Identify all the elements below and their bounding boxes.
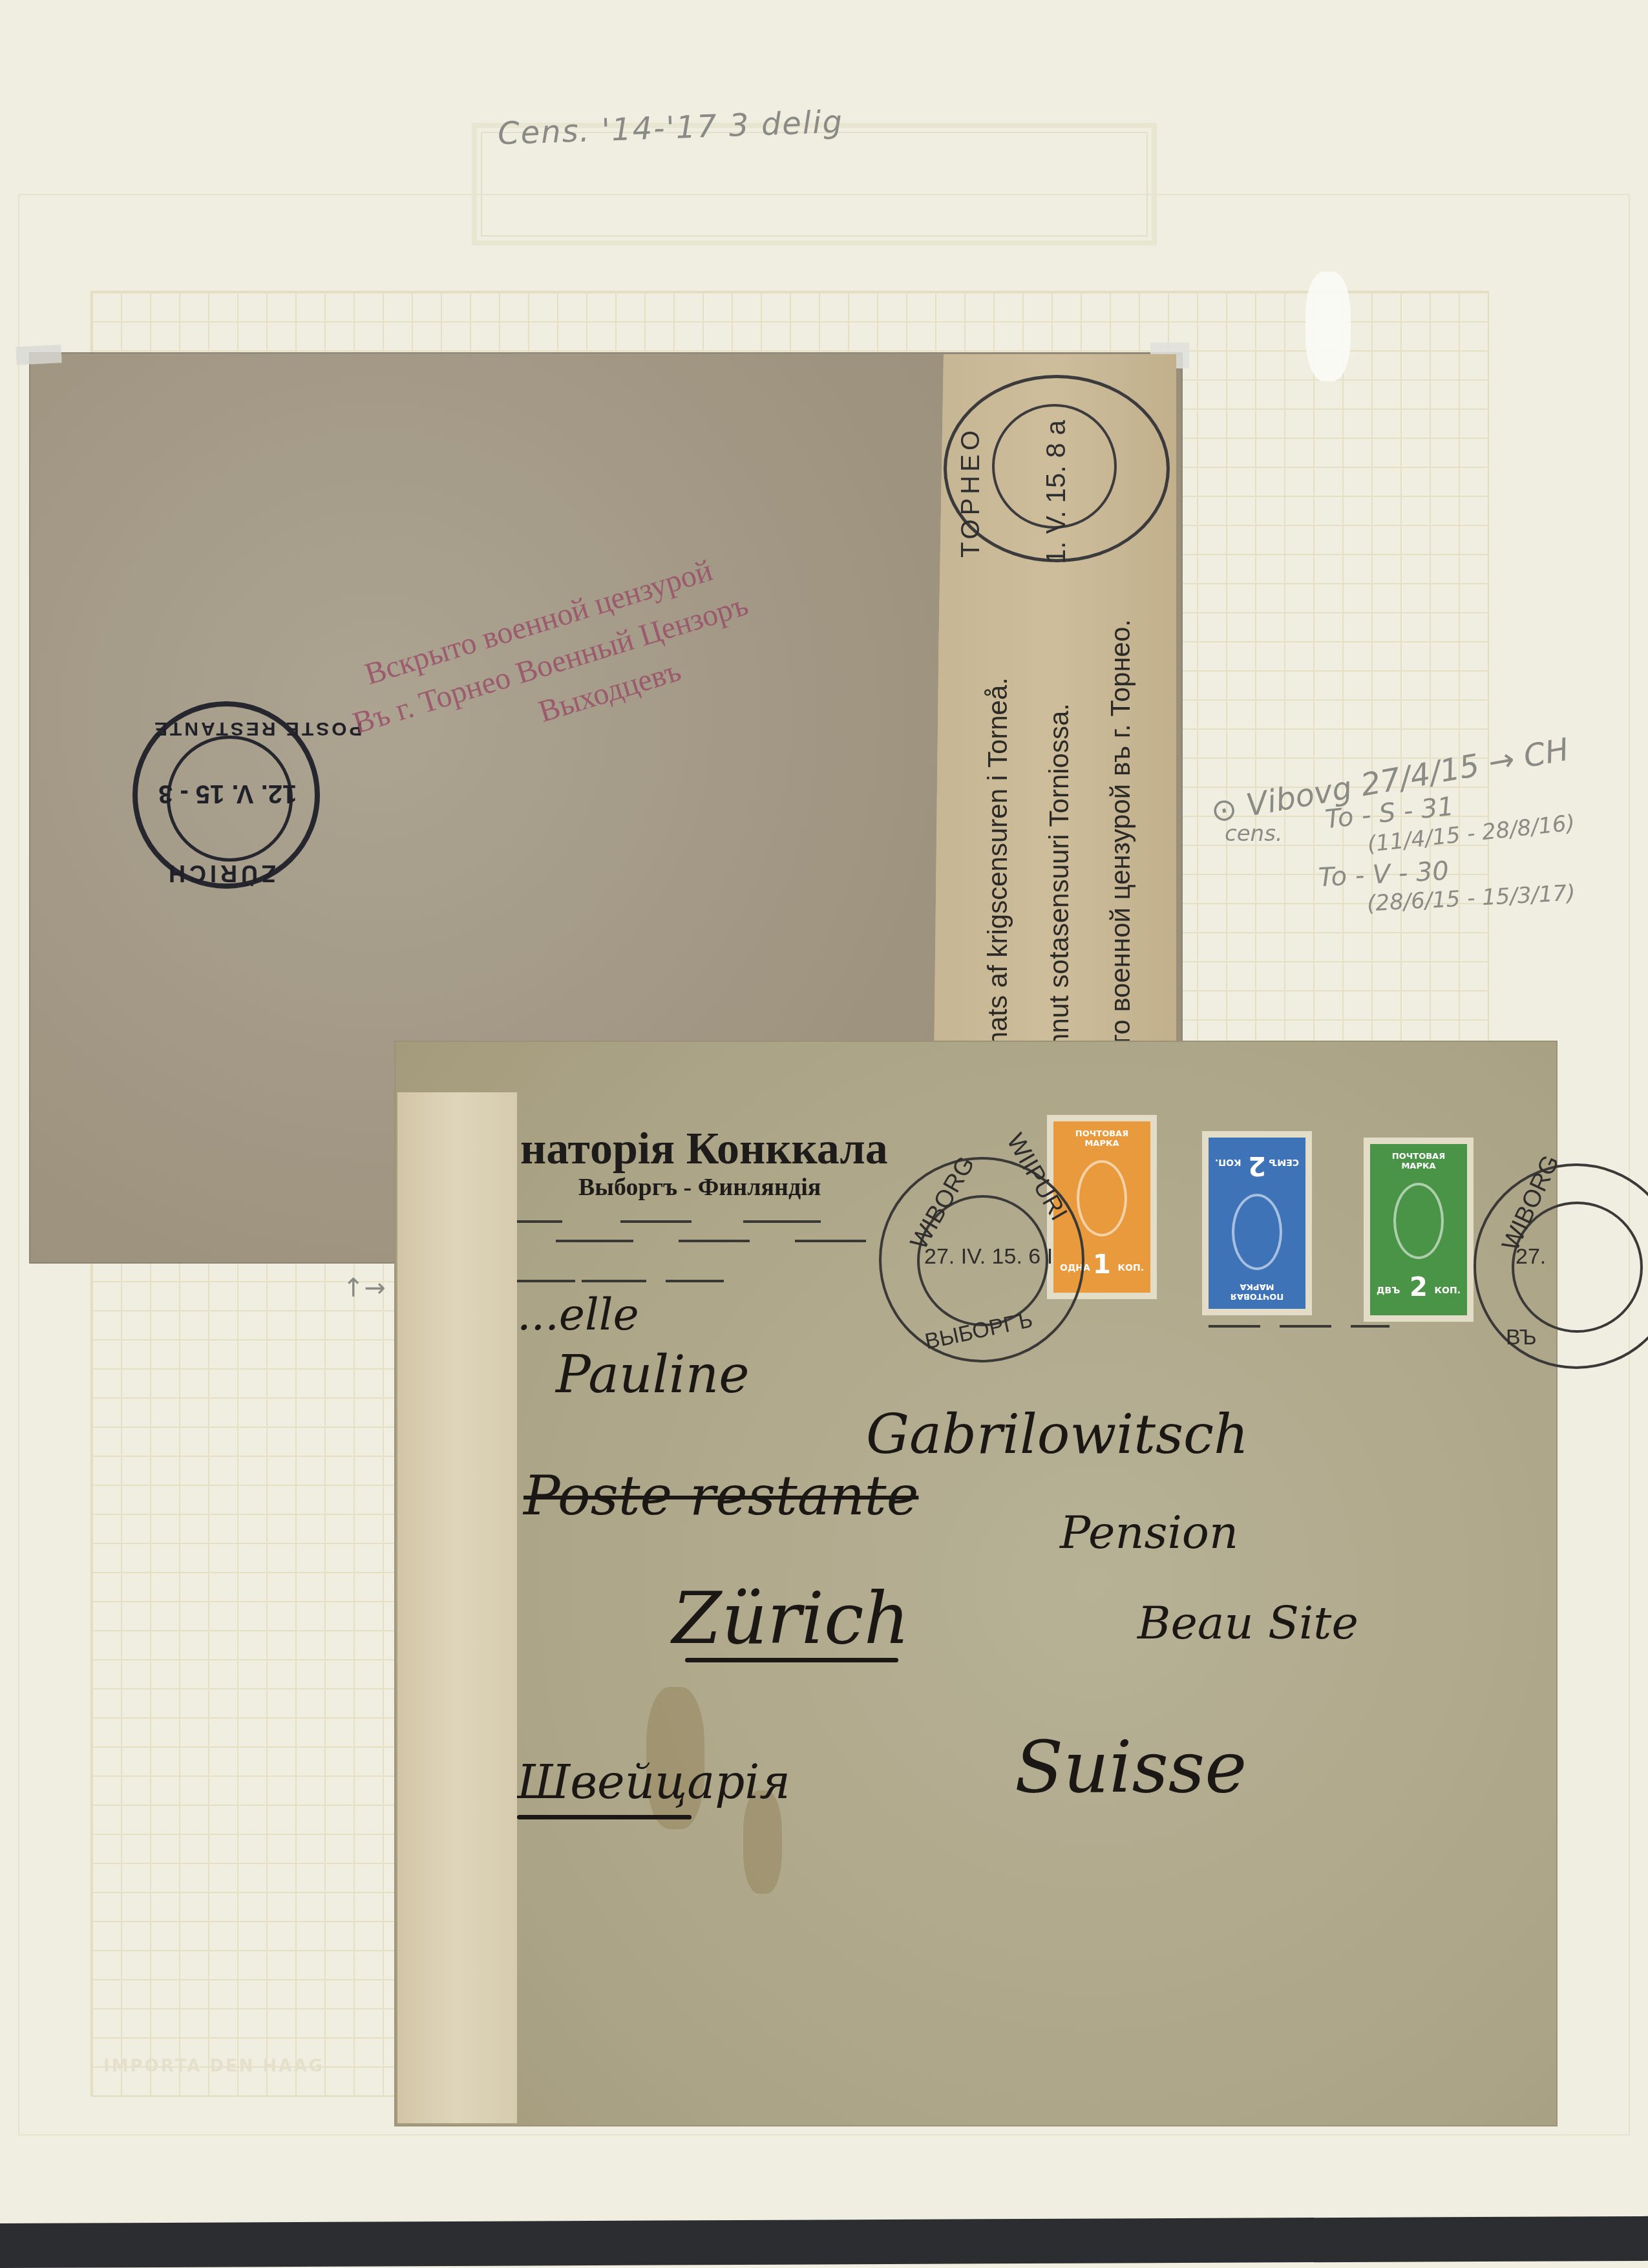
stamp-2-kopek-blue-inverted: ПОЧТОВАЯ МАРКА СЕМЪ 2 КОП. xyxy=(1202,1131,1312,1315)
address-line-1: ...elle xyxy=(517,1289,639,1341)
city-underline xyxy=(685,1658,898,1662)
wiborg-partial-date: 27. xyxy=(1516,1244,1546,1269)
address-pension: Pension xyxy=(1060,1506,1238,1559)
address-struck-poste-restante: Poste restante xyxy=(523,1464,918,1527)
zurich-postmark-city: ZÜRICH xyxy=(165,860,276,887)
address-country: Suisse xyxy=(1015,1726,1247,1808)
censor-label-finnish: Avannut sotasensuuri Torniossa. xyxy=(1044,703,1075,1095)
address-country-ru: Швейцарія xyxy=(517,1755,790,1809)
address-city: Zürich xyxy=(672,1577,910,1660)
censor-resealing-tape xyxy=(397,1092,517,2123)
censor-label-swedish: Öppnats af krigscensuren i Torneå. xyxy=(982,677,1013,1098)
wiborg-partial-bottom: ВЪ xyxy=(1506,1325,1537,1350)
address-recipient-last: Gabrilowitsch xyxy=(866,1403,1249,1466)
zurich-postmark-date: 12. V. 15 - 3 xyxy=(158,779,297,808)
letterhead-title: натoрія Конккала xyxy=(520,1123,888,1175)
address-beau-site: Beau Site xyxy=(1137,1596,1358,1649)
corner-arrow-note: ↑→ xyxy=(343,1273,386,1303)
wiborg-date: 27. IV. 15. 6 I xyxy=(924,1244,1053,1269)
hinge-residue xyxy=(1305,271,1351,381)
photo-corner xyxy=(16,344,61,365)
tornio-postmark-city: ТОРНЕО xyxy=(956,427,986,558)
country-underline xyxy=(517,1815,692,1819)
side-note-cens: cens. xyxy=(1225,821,1283,847)
address-recipient-first: Pauline xyxy=(556,1344,750,1404)
stamp-2-kopek-green: ПОЧТОВАЯ МАРКА ДВЪ 2 КОП. xyxy=(1364,1138,1474,1322)
zurich-postmark-ring: POSTE RESTANTE xyxy=(152,717,362,739)
page-imprint: IMPORTA DEN HAAG xyxy=(103,2057,324,2076)
letterhead-subtitle: Выборгъ - Финляндія xyxy=(578,1173,821,1202)
tornio-postmark-date: 1. V. 15. 8 a xyxy=(1041,420,1072,564)
scanner-background xyxy=(0,2216,1648,2268)
